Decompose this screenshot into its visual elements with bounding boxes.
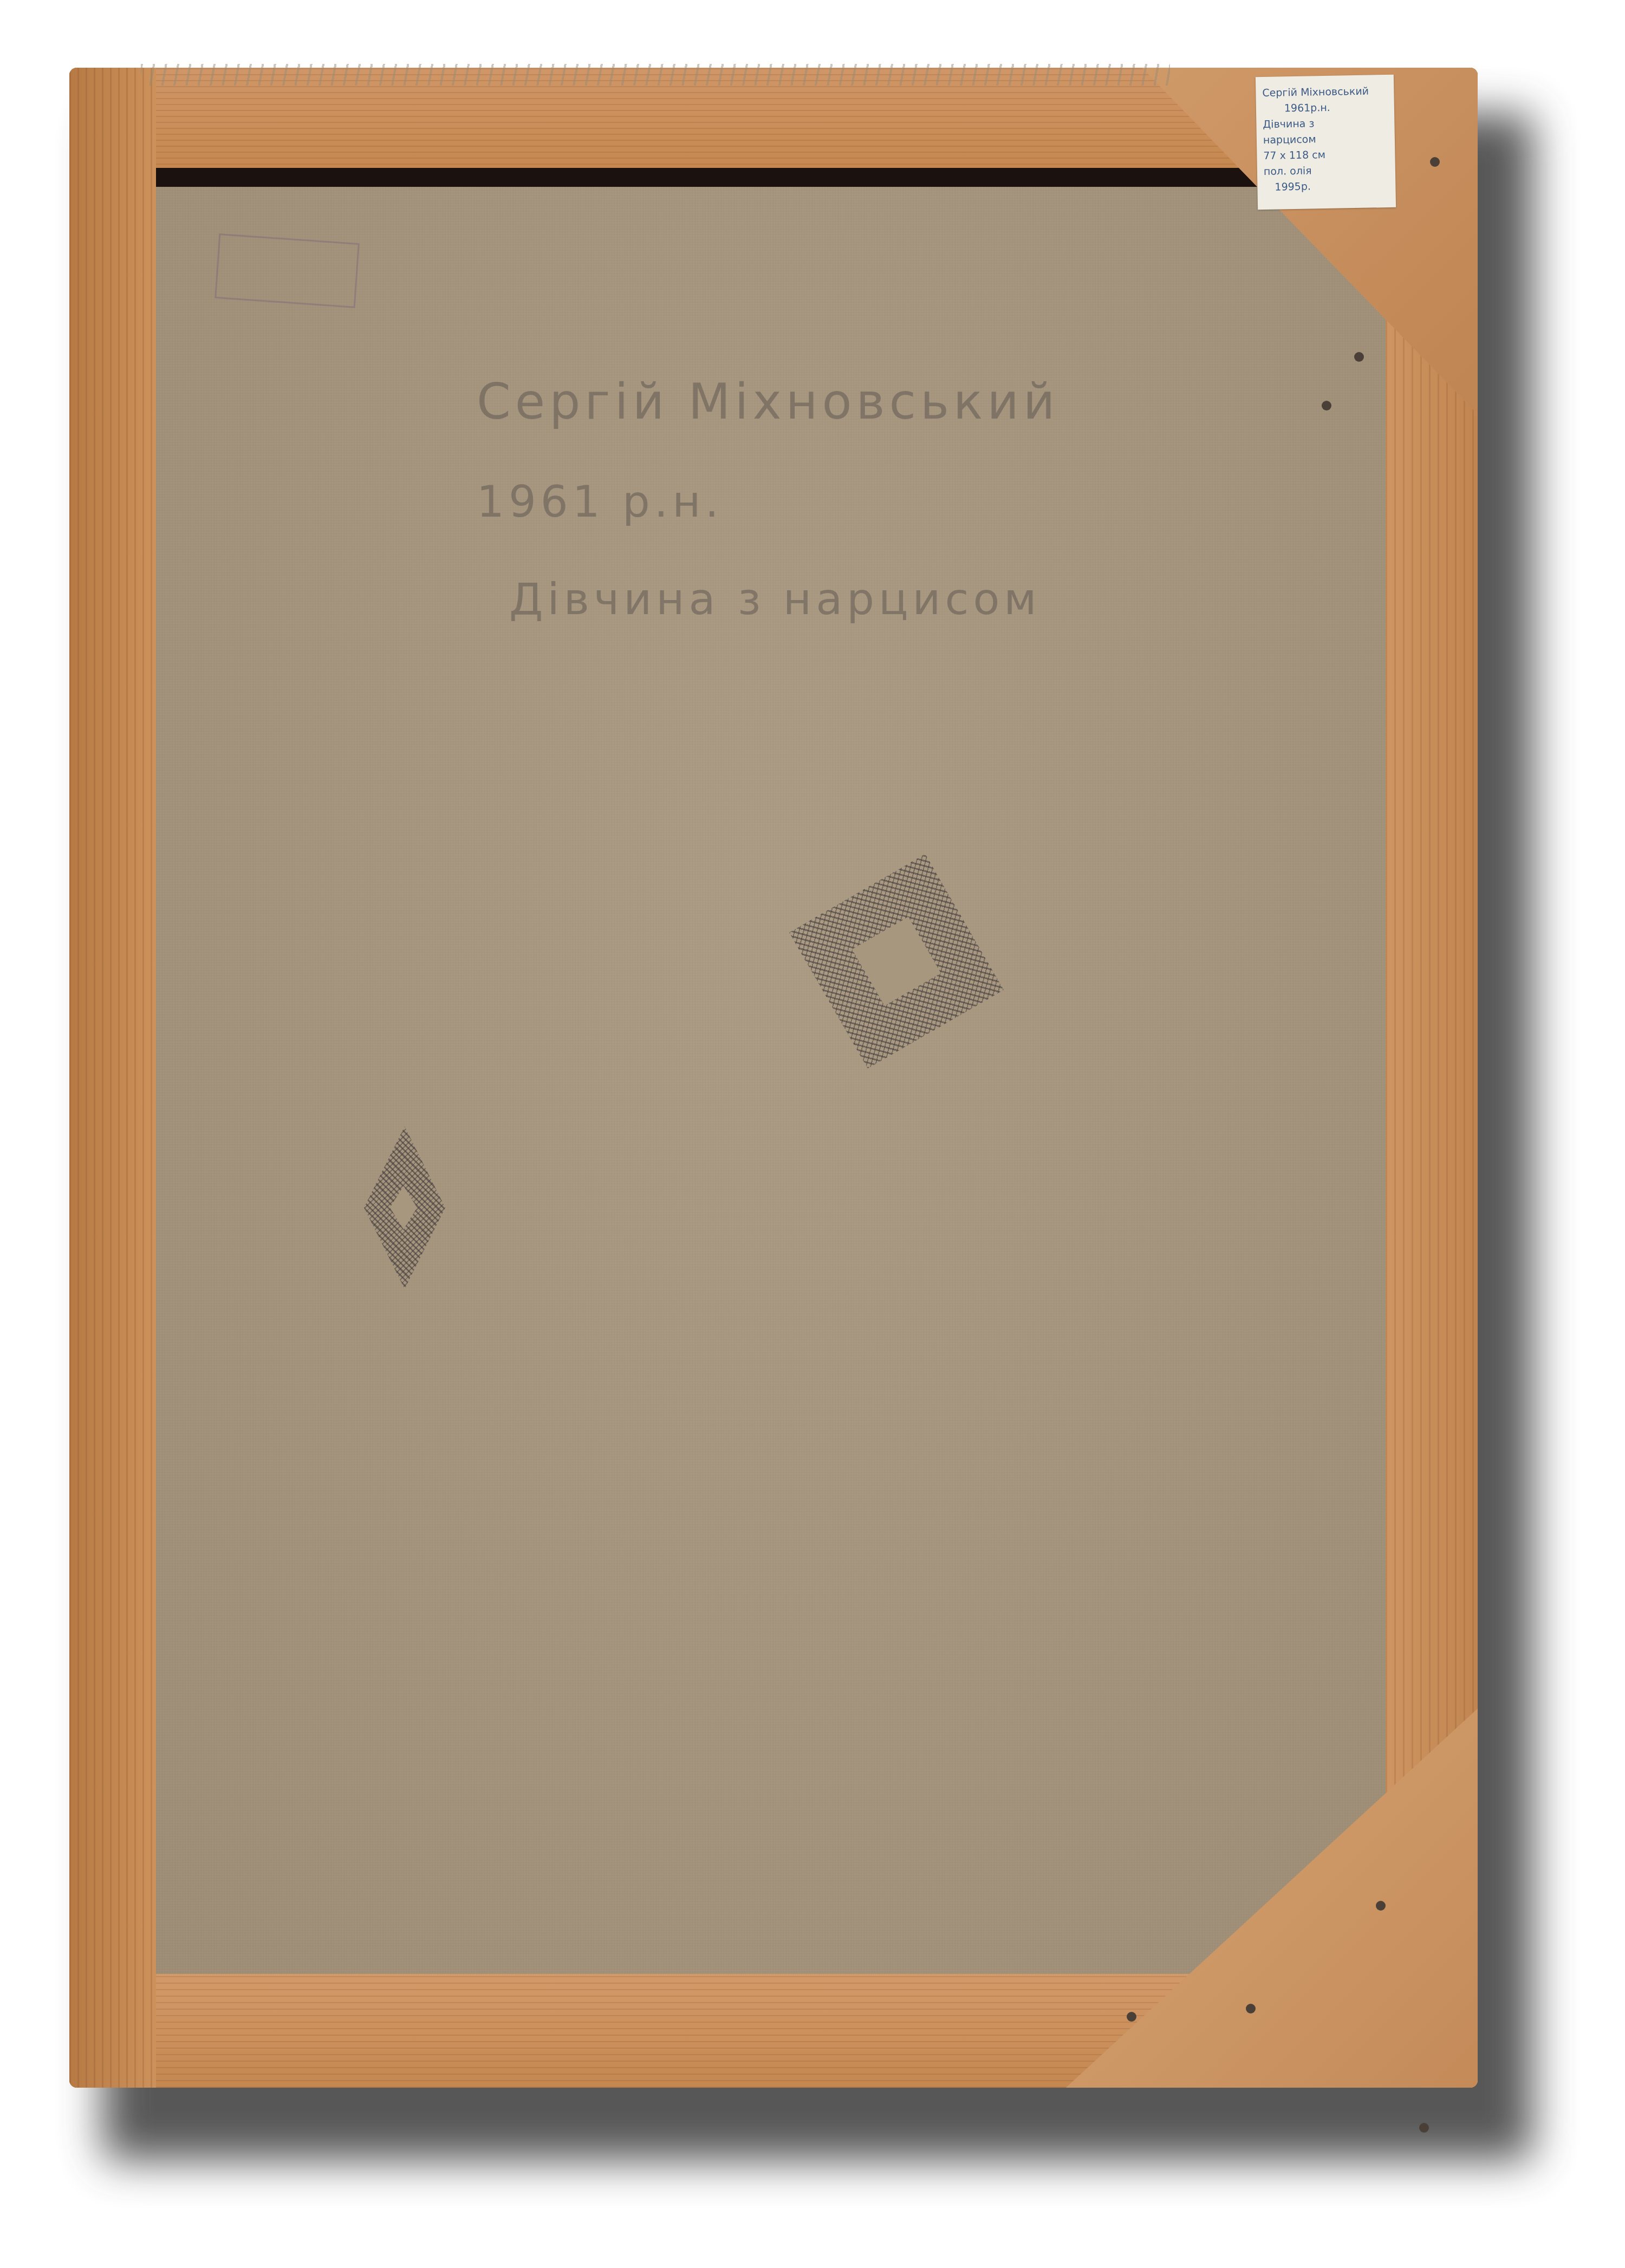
canvas-inscription-year: 1961 р.н. — [477, 477, 723, 527]
label-line: пол. олія — [1264, 162, 1389, 180]
canvas-fringe — [141, 64, 1170, 86]
canvas-inscription-title: Дівчина з нарцисом — [509, 574, 1041, 624]
patch-center — [852, 917, 941, 1006]
handwritten-label: Сергій Міхновський 1961р.н. Дівчина з на… — [1256, 75, 1396, 210]
photo-scene: Сергій Міхновський 1961р.н. Дівчина з на… — [0, 0, 1625, 2268]
nail-icon — [1419, 2123, 1429, 2133]
ink-stamp — [214, 233, 360, 308]
stretcher-frame — [69, 68, 1478, 2088]
linen-canvas — [156, 187, 1386, 1974]
label-line: 1995р. — [1264, 178, 1389, 195]
label-line: Сергій Міхновський — [1262, 83, 1387, 101]
canvas-inscription-name: Сергій Міхновський — [477, 374, 1059, 431]
nail-icon — [1322, 401, 1331, 410]
label-line: 77 x 118 см — [1263, 146, 1388, 164]
nail-icon — [1430, 157, 1440, 167]
label-line: 1961р.н. — [1263, 99, 1388, 117]
label-line: нарцисом — [1263, 131, 1388, 148]
nail-icon — [1354, 352, 1364, 362]
label-line: Дівчина з — [1263, 115, 1388, 133]
nail-icon — [1246, 2004, 1256, 2013]
frame-left-bar — [69, 68, 156, 2088]
nail-icon — [1127, 2012, 1136, 2022]
nail-icon — [1376, 1901, 1386, 1911]
